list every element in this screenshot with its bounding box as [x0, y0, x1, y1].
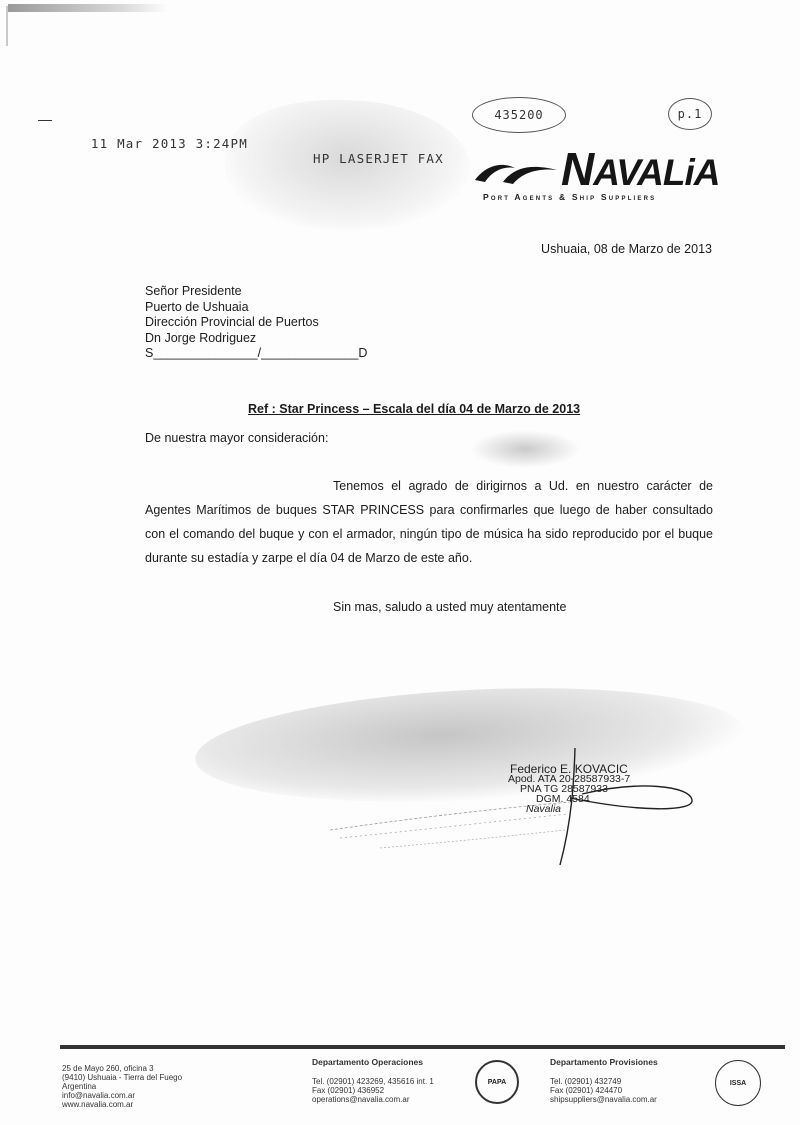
salutation: De nuestra mayor consideración:: [145, 431, 328, 445]
fax-device: HP LASERJET FAX: [313, 151, 444, 166]
operations-tel: Tel. (02901) 423269, 435616 int. 1: [312, 1077, 434, 1086]
footer-operations: Departamento Operaciones Tel. (02901) 42…: [312, 1058, 434, 1104]
closing-line: Sin mas, saludo a usted muy atentamente: [333, 600, 566, 614]
fax-page: 11 Mar 2013 3:24PM HP LASERJET FAX 43520…: [0, 0, 800, 1125]
fax-header: 11 Mar 2013 3:24PM HP LASERJET FAX: [56, 106, 248, 181]
scan-edge: [6, 6, 8, 46]
provisions-title: Departamento Provisiones: [550, 1058, 658, 1067]
reference-line: Ref : Star Princess – Escala del día 04 …: [248, 402, 580, 416]
fax-timestamp: 11 Mar 2013 3:24PM: [91, 136, 248, 151]
provisions-email[interactable]: shipsuppliers@navalia.com.ar: [550, 1095, 658, 1104]
issa-seal-icon: ISSA: [715, 1060, 761, 1106]
email-link[interactable]: info@navalia.com.ar: [62, 1091, 182, 1100]
operations-fax: Fax (02901) 436952: [312, 1086, 434, 1095]
website-link[interactable]: www.navalia.com.ar: [62, 1100, 182, 1109]
papa-seal-icon: PAPA: [475, 1060, 519, 1104]
body-text: Tenemos el agrado de dirigirnos a Ud. en…: [145, 479, 713, 565]
footer-address: 25 de Mayo 260, oficina 3 (9410) Ushuaia…: [62, 1064, 182, 1109]
recipient-block: Señor Presidente Puerto de Ushuaia Direc…: [145, 284, 367, 362]
fax-number: 435200: [472, 97, 566, 133]
recipient-line: Dirección Provincial de Puertos: [145, 315, 367, 331]
operations-title: Departamento Operaciones: [312, 1058, 434, 1067]
signer-company: Navalia: [508, 804, 630, 814]
place-date: Ushuaia, 08 de Marzo de 2013: [541, 242, 712, 256]
provisions-fax: Fax (02901) 424470: [550, 1086, 658, 1095]
ink-smudge: [470, 430, 580, 468]
navalia-logo: NAVALiA Port Agents & Ship Suppliers: [473, 142, 723, 212]
signature-stamp: Federico E. KOVACIC Apod. ATA 20-2858793…: [508, 764, 630, 814]
address-line: Argentina: [62, 1082, 182, 1091]
provisions-tel: Tel. (02901) 432749: [550, 1077, 658, 1086]
recipient-line: Puerto de Ushuaia: [145, 300, 367, 316]
fax-tick: [38, 120, 52, 121]
page-number: p.1: [668, 98, 712, 130]
address-line: 25 de Mayo 260, oficina 3: [62, 1064, 182, 1073]
brand-name: NAVALiA: [561, 142, 719, 196]
brand-tagline: Port Agents & Ship Suppliers: [483, 192, 656, 202]
wave-logo-icon: [473, 156, 559, 186]
footer-rule: [60, 1045, 785, 1049]
address-line: (9410) Ushuaia - Tierra del Fuego: [62, 1073, 182, 1082]
recipient-line: Dn Jorge Rodriguez: [145, 331, 367, 347]
recipient-line: Señor Presidente: [145, 284, 367, 300]
footer-provisions: Departamento Provisiones Tel. (02901) 43…: [550, 1058, 658, 1104]
letter-body: Tenemos el agrado de dirigirnos a Ud. en…: [145, 474, 713, 570]
sd-line: S_______________/______________D: [145, 346, 367, 362]
operations-email[interactable]: operations@navalia.com.ar: [312, 1095, 434, 1104]
scan-edge: [8, 4, 168, 12]
